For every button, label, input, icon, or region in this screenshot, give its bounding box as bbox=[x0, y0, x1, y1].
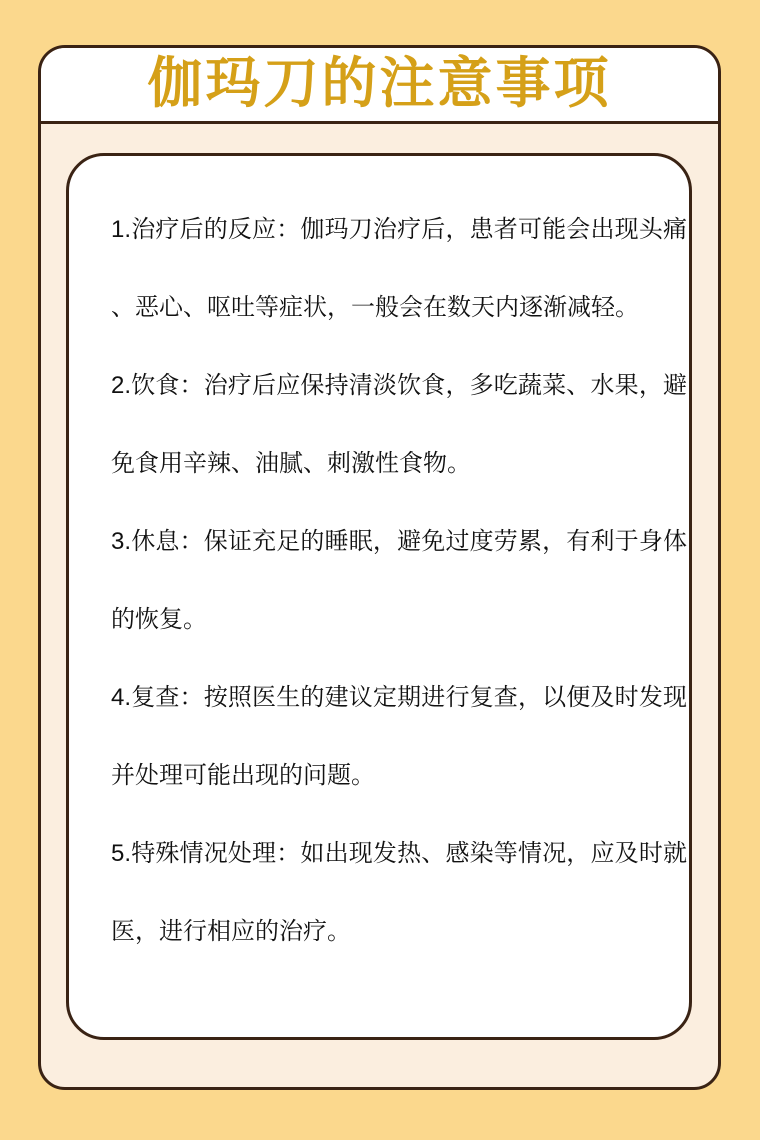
list-item-2: 2.饮食：治疗后应保持清淡饮食，多吃蔬菜、水果，避免食用辛辣、油腻、刺激性食物。 bbox=[111, 347, 687, 503]
list-item-5: 5.特殊情况处理：如出现发热、感染等情况，应及时就医，进行相应的治疗。 bbox=[111, 815, 687, 971]
page-title: 伽玛刀的注意事项 bbox=[147, 56, 611, 111]
card-body: 1.治疗后的反应：伽玛刀治疗后，患者可能会出现头痛、恶心、呕吐等症状，一般会在数… bbox=[41, 124, 718, 1084]
card-header: 伽玛刀的注意事项 bbox=[41, 48, 718, 124]
content-panel: 1.治疗后的反应：伽玛刀治疗后，患者可能会出现头痛、恶心、呕吐等症状，一般会在数… bbox=[66, 153, 692, 1040]
list-item-1: 1.治疗后的反应：伽玛刀治疗后，患者可能会出现头痛、恶心、呕吐等症状，一般会在数… bbox=[111, 191, 687, 347]
page-background: 伽玛刀的注意事项 1.治疗后的反应：伽玛刀治疗后，患者可能会出现头痛、恶心、呕吐… bbox=[0, 0, 760, 1140]
list-item-4: 4.复查：按照医生的建议定期进行复查，以便及时发现并处理可能出现的问题。 bbox=[111, 659, 687, 815]
list-item-3: 3.休息：保证充足的睡眠，避免过度劳累，有利于身体的恢复。 bbox=[111, 503, 687, 659]
notice-card: 伽玛刀的注意事项 1.治疗后的反应：伽玛刀治疗后，患者可能会出现头痛、恶心、呕吐… bbox=[38, 45, 721, 1090]
